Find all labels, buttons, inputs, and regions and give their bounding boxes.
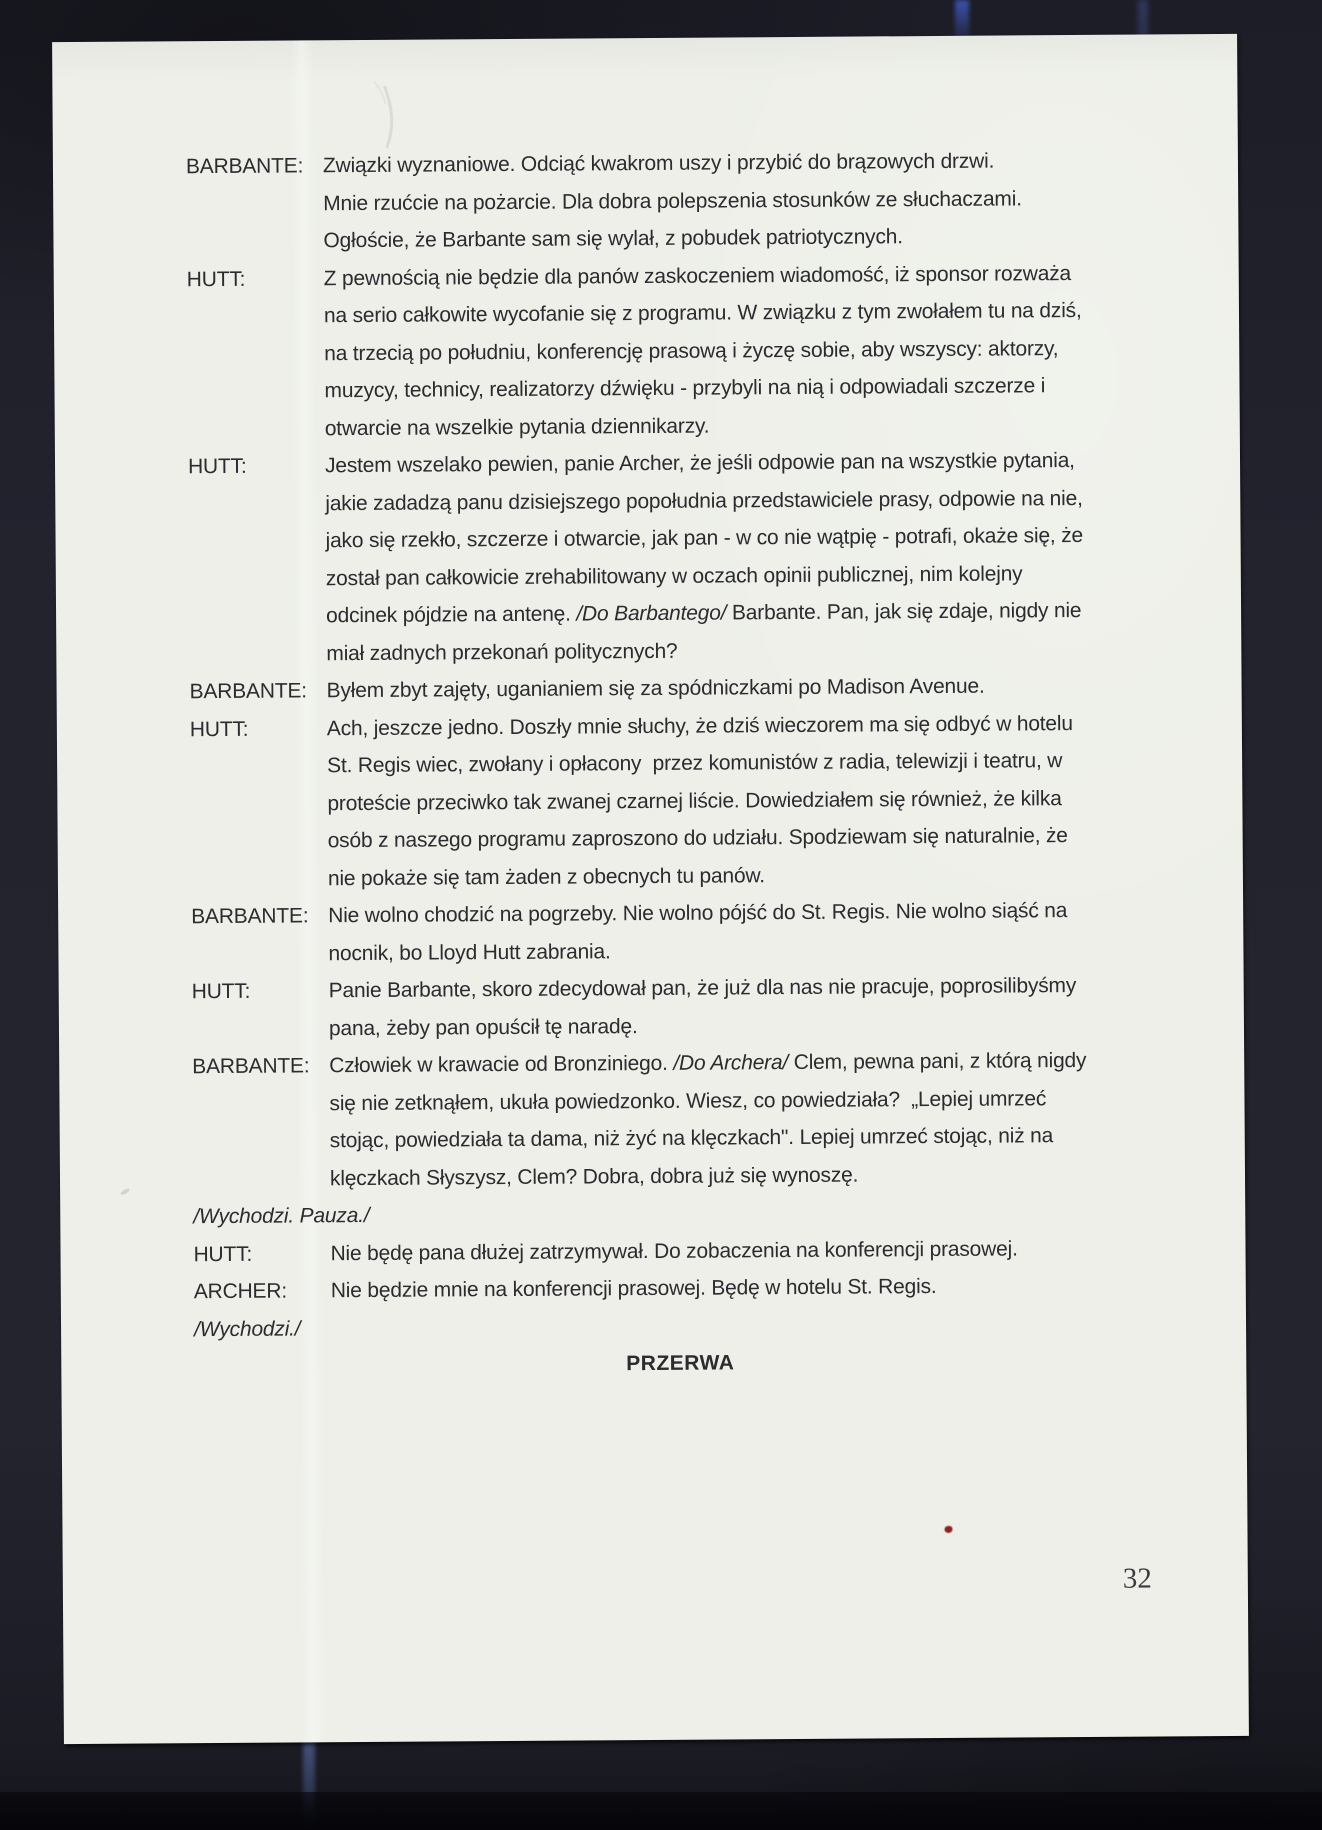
dialogue-text: Mnie rzućcie na pożarcie. Dla dobra pole…: [323, 180, 1022, 222]
dialogue-text: się nie zetknąłem, ukuła powiedzonko. Wi…: [329, 1080, 1046, 1123]
speaker-label: BARBANTE:: [192, 1047, 329, 1085]
dialogue-text: Związki wyznaniowe. Odciąć kwakrom uszy …: [323, 143, 994, 185]
speaker-label: [192, 1010, 329, 1048]
dialogue-text: nocnik, bo Lloyd Hutt zabrania.: [328, 933, 610, 972]
speaker-label: [186, 222, 323, 260]
speaker-label: HUTT:: [188, 447, 325, 485]
script-line: HUTT:Panie Barbante, skoro zdecydował pa…: [192, 966, 1172, 1010]
speaker-label: [187, 297, 324, 335]
break-heading: PRZERWA: [194, 1341, 1166, 1385]
speaker-label: [190, 747, 327, 785]
speaker-label: [190, 785, 327, 823]
dialogue-text: proteście przeciwko tak zwanej czarnej l…: [327, 780, 1062, 823]
dialogue-text: pana, żeby pan opuścił tę naradę.: [329, 1008, 638, 1048]
script-line: Mnie rzućcie na pożarcie. Dla dobra pole…: [186, 179, 1166, 223]
dialogue-text: klęczkach Słyszysz, Clem? Dobra, dobra j…: [330, 1156, 858, 1197]
paper-speck: [120, 1187, 131, 1196]
speaker-label: [188, 485, 325, 523]
script-line: osób z naszego programu zaproszono do ud…: [191, 816, 1171, 860]
speaker-label: [191, 822, 328, 860]
dialogue-text: St. Regis wiec, zwołany i opłacony przez…: [327, 742, 1062, 785]
paper-page: BARBANTE:Związki wyznaniowe. Odciąć kwak…: [52, 34, 1249, 1744]
scan-edge-shadow: [0, 1792, 1322, 1830]
scanned-script-page: { "page": { "number": "32", "background_…: [0, 0, 1322, 1830]
script-line: stojąc, powiedziała ta dama, niż żyć na …: [193, 1116, 1173, 1160]
speaker-label: HUTT:: [192, 972, 329, 1010]
dialogue-text: Z pewnością nie będzie dla panów zaskocz…: [324, 255, 1071, 298]
dialogue-text: osób z naszego programu zaproszono do ud…: [328, 817, 1068, 860]
page-number: 32: [1123, 1562, 1203, 1596]
dialogue-text: Nie wolno chodzić na pogrzeby. Nie wolno…: [328, 892, 1067, 935]
speaker-label: [191, 935, 328, 973]
speaker-label: [193, 1160, 330, 1198]
speaker-label: [192, 1085, 329, 1123]
speaker-label: [193, 1122, 330, 1160]
speaker-label: [187, 335, 324, 373]
speaker-label: HUTT:: [193, 1235, 330, 1273]
dialogue-text: Ogłoście, że Barbante sam się wylał, z p…: [323, 218, 903, 260]
speaker-label: ARCHER:: [194, 1272, 331, 1310]
speaker-label: HUTT:: [187, 260, 324, 298]
dialogue-text: na trzecią po południu, konferencję pras…: [324, 330, 1058, 373]
speaker-label: BARBANTE:: [186, 147, 323, 185]
speaker-label: [189, 560, 326, 598]
dialogue-text: Ach, jeszcze jedno. Doszły mnie słuchy, …: [327, 705, 1073, 748]
speaker-label: BARBANTE:: [191, 897, 328, 935]
speaker-label: [187, 372, 324, 410]
speaker-label: [189, 635, 326, 673]
dialogue-text: jako się rzekło, szczerze i otwarcie, ja…: [325, 517, 1083, 560]
speaker-label: [188, 410, 325, 448]
script-line: muzycy, technicy, realizatorzy dźwięku -…: [187, 366, 1167, 410]
dialogue-text: Człowiek w krawacie od Bronziniego. /Do …: [329, 1042, 1086, 1085]
red-ink-dot: [944, 1526, 952, 1533]
dialogue-text: Nie będzie mnie na konferencji prasowej.…: [331, 1268, 937, 1310]
dialogue-text: nie pokaże się tam żaden z obecnych tu p…: [328, 857, 765, 898]
dialogue-text: Byłem zbyt zajęty, uganianiem się za spó…: [326, 668, 984, 710]
dialogue-text: muzycy, technicy, realizatorzy dźwięku -…: [324, 367, 1045, 410]
speaker-label: HUTT:: [190, 710, 327, 748]
speaker-label: [189, 597, 326, 635]
dialogue-text: miał zadnych przekonań politycznych?: [326, 632, 677, 672]
script-line: BARBANTE:Nie wolno chodzić na pogrzeby. …: [191, 891, 1171, 935]
speaker-label: [188, 522, 325, 560]
dialogue-text: stojąc, powiedziała ta dama, niż żyć na …: [330, 1117, 1054, 1160]
dialogue-text: otwarcie na wszelkie pytania dziennikarz…: [325, 407, 710, 447]
dialogue-text: Panie Barbante, skoro zdecydował pan, że…: [329, 967, 1077, 1010]
speaker-label: BARBANTE:: [189, 672, 326, 710]
script-line: odcinek pójdzie na antenę. /Do Barbanteg…: [189, 591, 1169, 635]
dialogue-text: Jestem wszelako pewien, panie Archer, że…: [325, 442, 1075, 485]
dialogue-text: został pan całkowicie zrehabilitowany w …: [326, 555, 1023, 597]
dialogue-text: odcinek pójdzie na antenę. /Do Barbanteg…: [326, 592, 1082, 635]
dialogue-text: Nie będę pana dłużej zatrzymywał. Do zob…: [330, 1230, 1017, 1272]
script-text-block: BARBANTE:Związki wyznaniowe. Odciąć kwak…: [186, 141, 1175, 1385]
dialogue-text: na serio całkowite wycofanie się z progr…: [324, 292, 1082, 335]
speaker-label: [191, 860, 328, 898]
speaker-label: [186, 185, 323, 223]
dialogue-text: jakie zadadzą panu dzisiejszego popołudn…: [325, 479, 1083, 522]
